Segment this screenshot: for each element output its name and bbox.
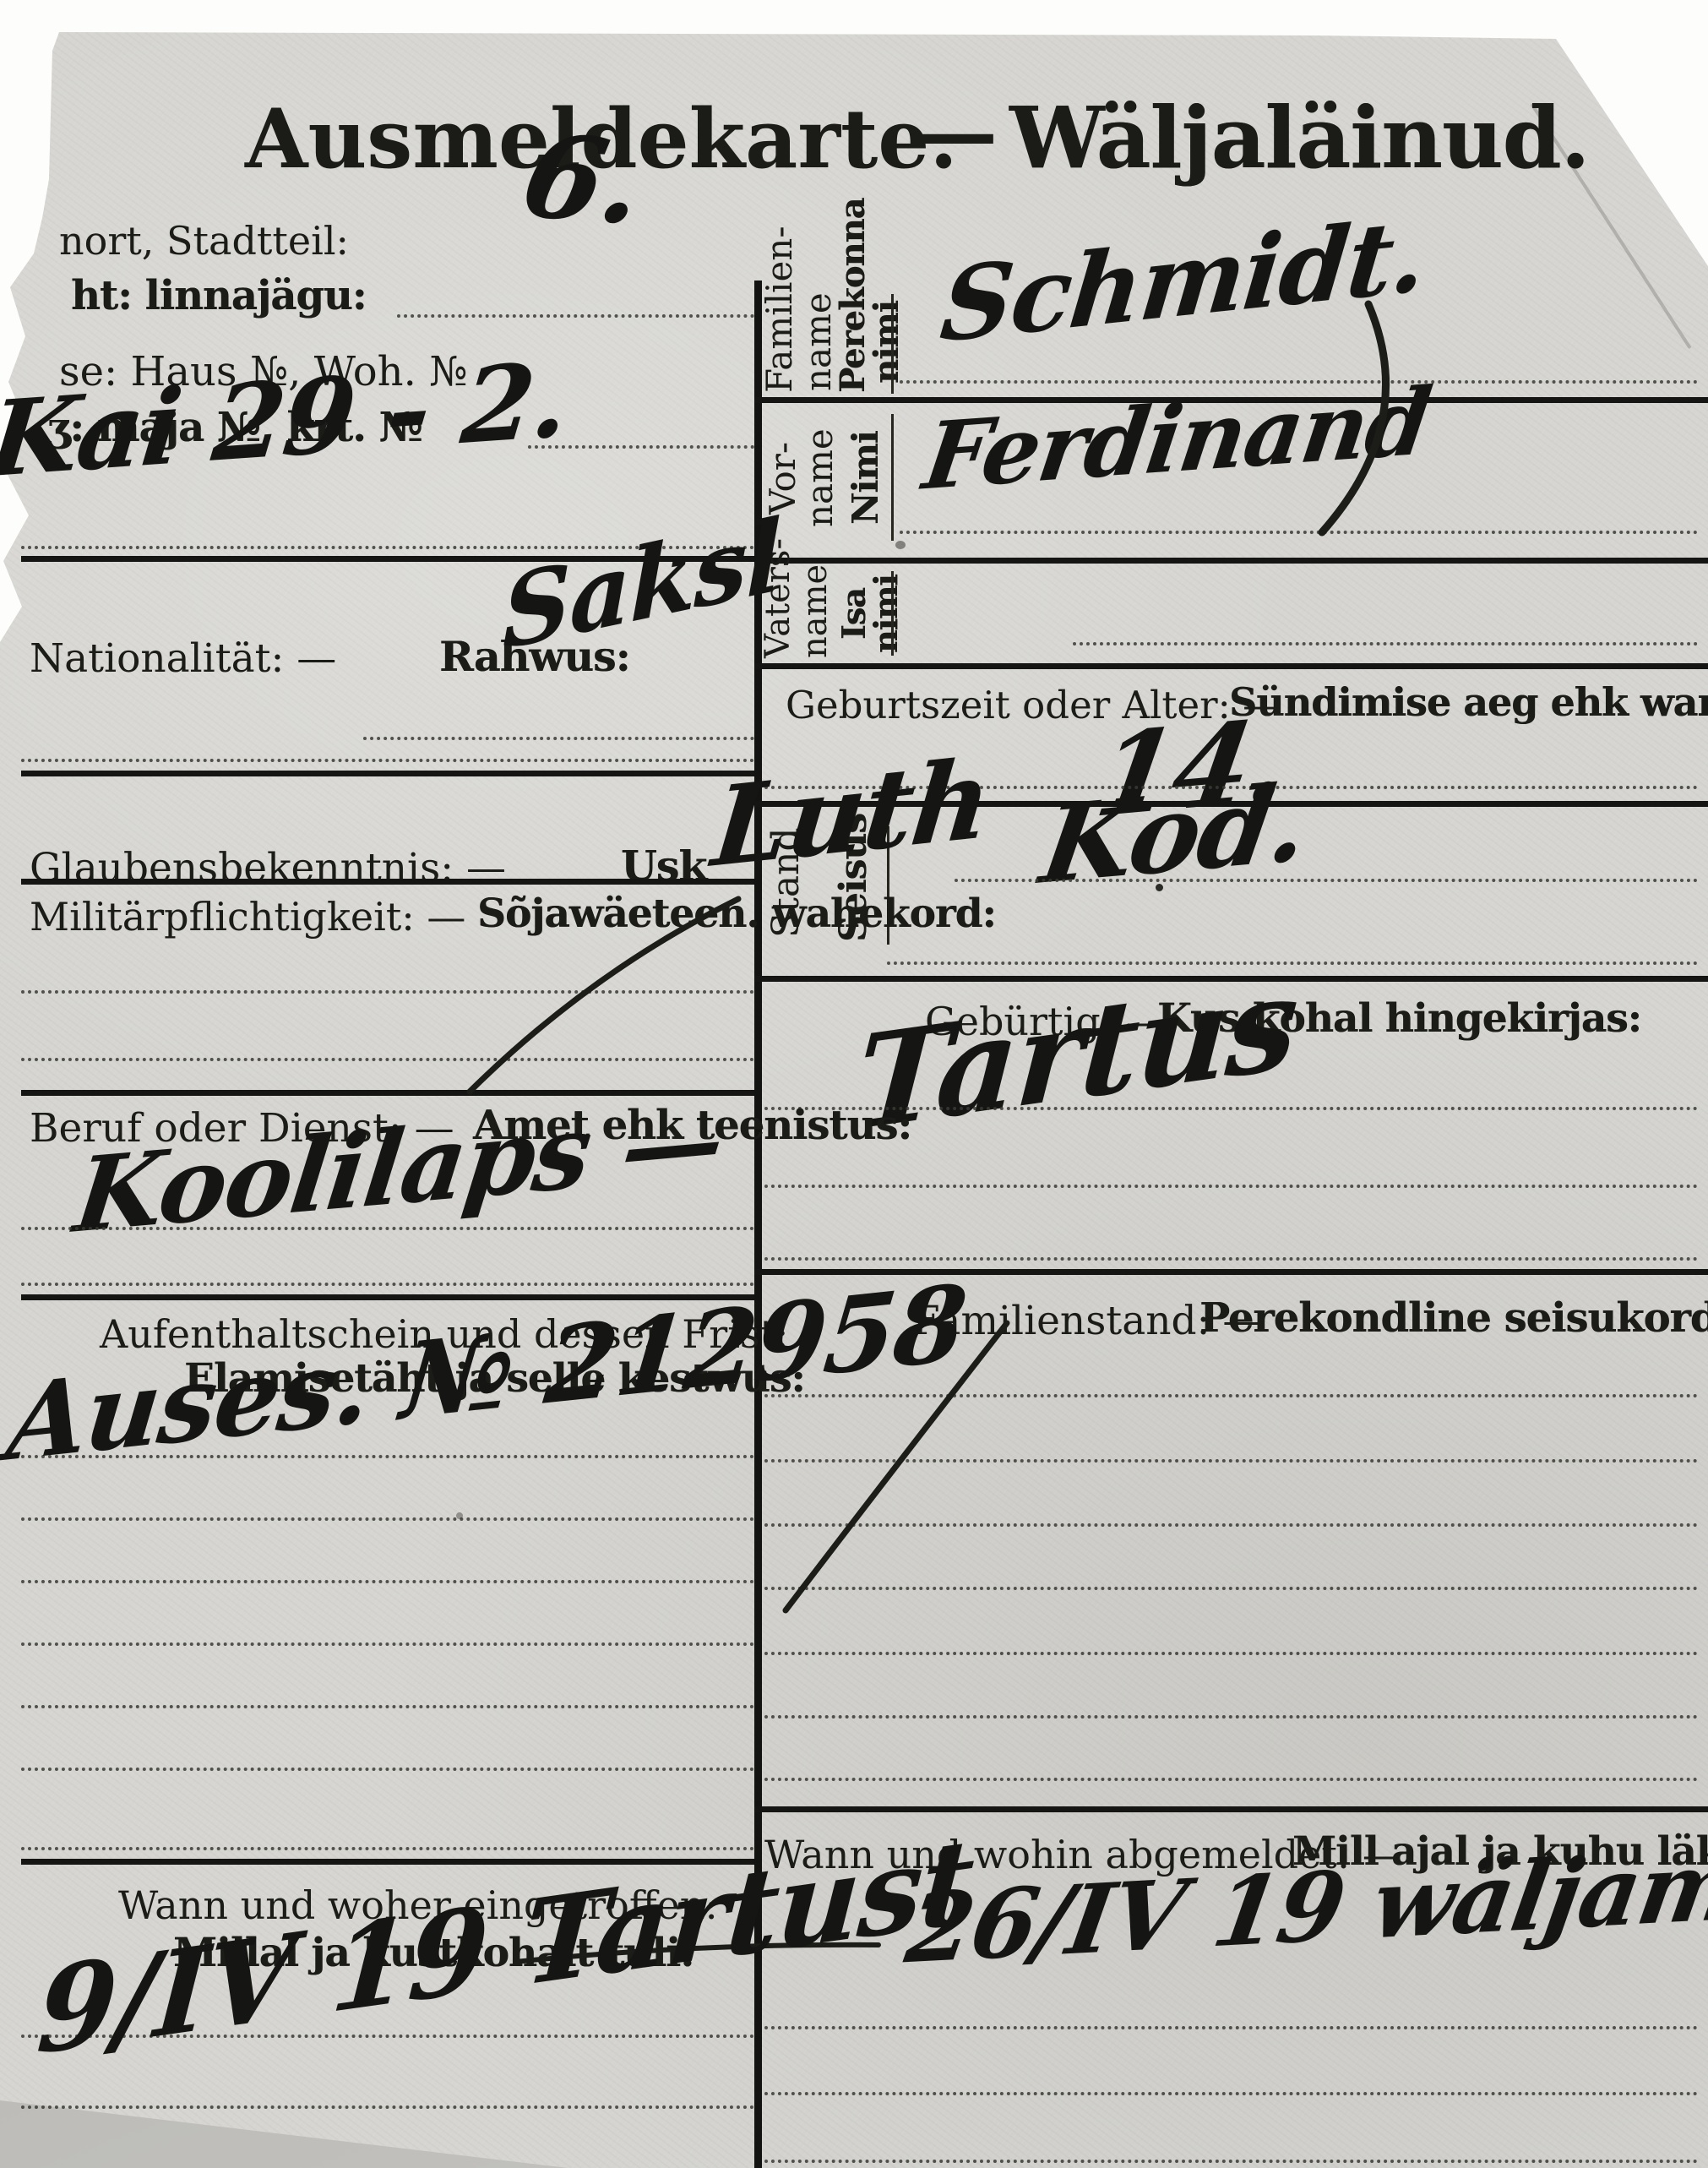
military-slash-mark	[470, 899, 738, 1092]
ink-speck	[456, 1512, 463, 1519]
ink-speck	[1156, 884, 1163, 891]
ink-speck	[895, 541, 906, 549]
registration-card: Ausmeldekarte. — Wäljaläinud. nort, Stad…	[0, 0, 1708, 2168]
schmidt-flourish-mark	[1322, 304, 1386, 532]
